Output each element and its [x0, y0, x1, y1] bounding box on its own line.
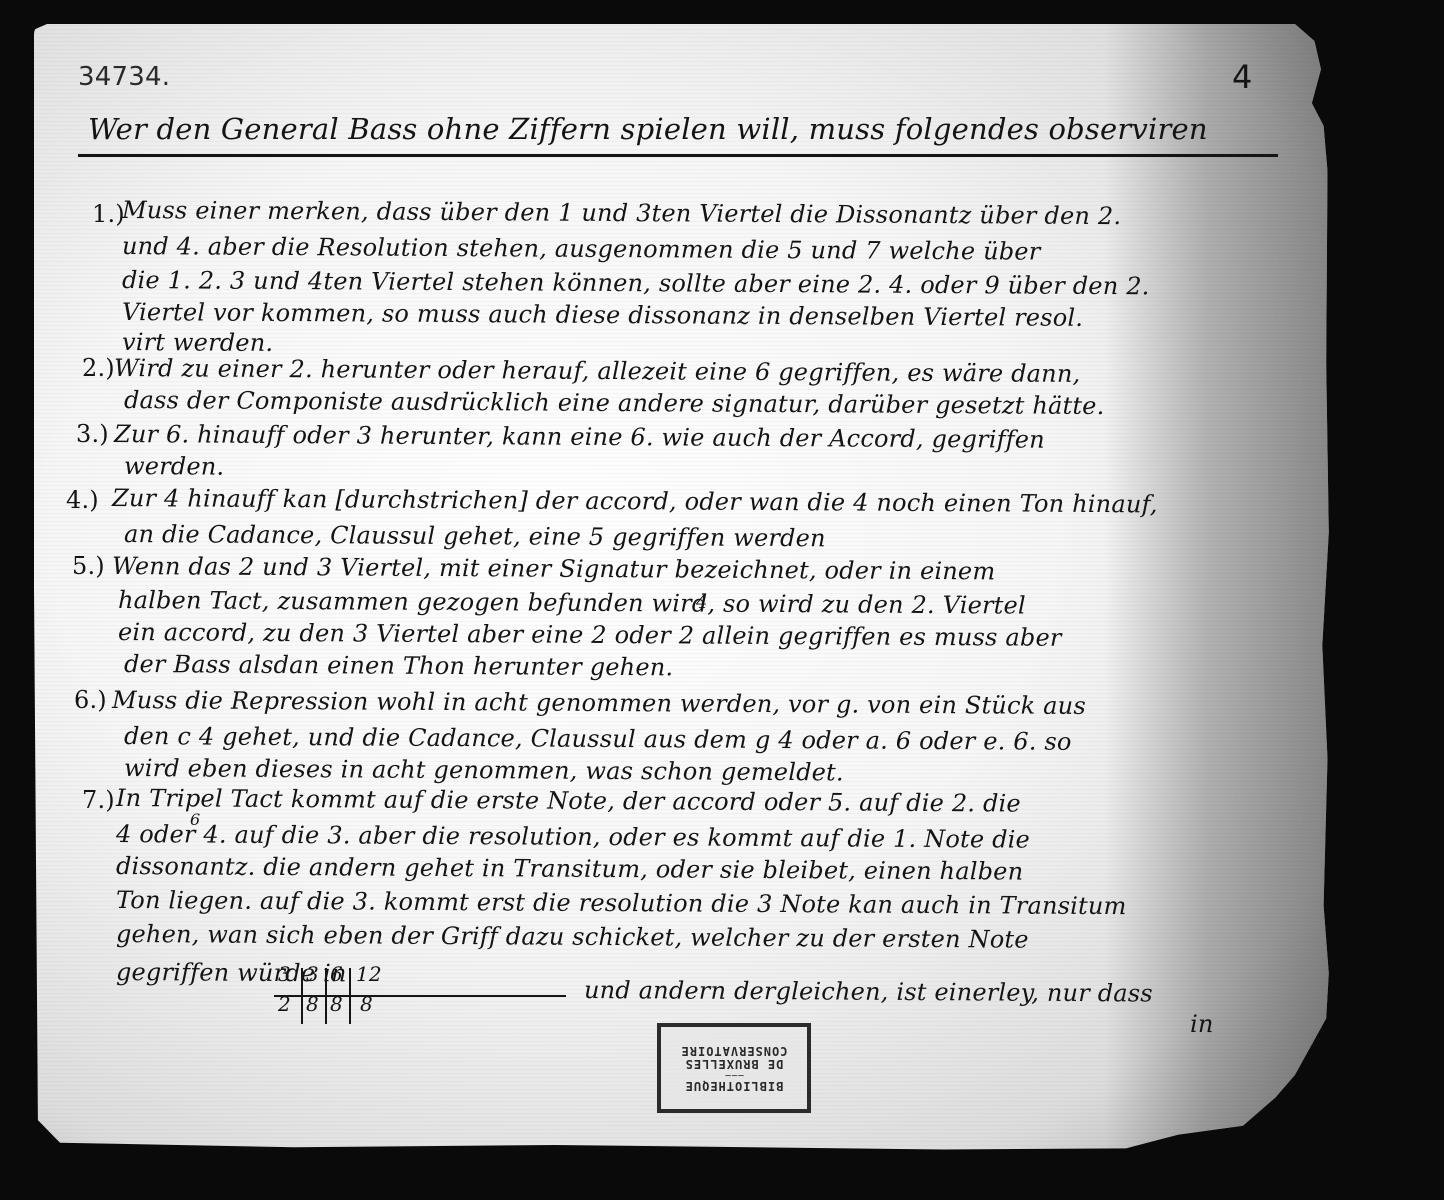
rule-line: und 4. aber die Resolution stehen, ausge… — [122, 232, 1041, 266]
rule-line: Wird zu einer 2. herunter oder herauf, a… — [114, 354, 1081, 388]
meter-top: 3 — [278, 962, 291, 986]
rule-number: 6.) — [74, 686, 107, 714]
meter-signatures — [226, 966, 566, 1026]
meter-bottom: 2 — [278, 992, 291, 1016]
rule-line: 4 oder 4. auf die 3. aber die resolution… — [116, 820, 1030, 854]
rule-number: 2.) — [82, 354, 115, 382]
stamp-line: BIBLIOTHEQUE — [685, 1079, 784, 1092]
stamp-line: CONSERVATOIRE — [681, 1044, 788, 1057]
library-stamp: BIBLIOTHEQUE ——— DE BRUXELLES CONSERVATO… — [657, 1023, 811, 1113]
rule-number: 5.) — [72, 552, 105, 580]
folio-number: 4 — [1232, 58, 1253, 96]
rule-line: werden. — [124, 452, 224, 481]
rule-line: wird eben dieses in acht genommen, was s… — [124, 754, 844, 786]
title-underline — [78, 154, 1278, 157]
meter-bottom: 8 — [306, 992, 319, 1016]
rule-line: Wenn das 2 und 3 Viertel, mit einer Sign… — [112, 552, 995, 585]
meter-top: 3 — [306, 962, 319, 986]
rule-line: der Bass alsdan einen Thon herunter gehe… — [124, 650, 673, 681]
figure-4: 4 — [696, 592, 708, 613]
rule-line: an die Cadance, Claussul gehet, eine 5 g… — [124, 520, 826, 552]
rule-number: 1.) — [92, 200, 125, 228]
rule-number: 7.) — [82, 786, 115, 814]
rule-line: halben Tact, zusammen gezogen befunden w… — [118, 586, 1026, 620]
rule-line: Zur 6. hinauff oder 3 herunter, kann ein… — [114, 420, 1045, 454]
rule-line: den c 4 gehet, und die Cadance, Claussul… — [124, 722, 1072, 756]
rule-line: ein accord, zu den 3 Viertel aber eine 2… — [118, 618, 1062, 652]
rule-line: Muss die Repression wohl in acht genomme… — [112, 686, 1086, 720]
shelfmark-number: 34734. — [78, 62, 170, 92]
rule-number: 4.) — [66, 486, 99, 514]
rule-line: In Tripel Tact kommt auf die erste Note,… — [116, 784, 1021, 818]
rule-line: dass der Componiste ausdrücklich eine an… — [124, 386, 1105, 420]
rule-line: und andern dergleichen, ist einerley, nu… — [584, 976, 1153, 1007]
rule-line: dissonantz. die andern gehet in Transitu… — [116, 852, 1023, 886]
meter-top: 12 — [356, 962, 382, 986]
rule-line: in — [1190, 1010, 1214, 1038]
rule-line: Viertel vor kommen, so muss auch diese d… — [122, 298, 1083, 332]
meter-bottom: 8 — [360, 992, 373, 1016]
stamp-line: DE BRUXELLES — [685, 1057, 784, 1070]
meter-top: 6 — [330, 962, 343, 986]
rule-line: gehen, wan sich eben der Griff dazu schi… — [116, 920, 1029, 954]
meter-bottom: 8 — [330, 992, 343, 1016]
page-title: Wer den General Bass ohne Ziffern spiele… — [88, 112, 1208, 146]
rule-line: virt werden. — [122, 328, 273, 357]
rule-number: 3.) — [76, 420, 109, 448]
